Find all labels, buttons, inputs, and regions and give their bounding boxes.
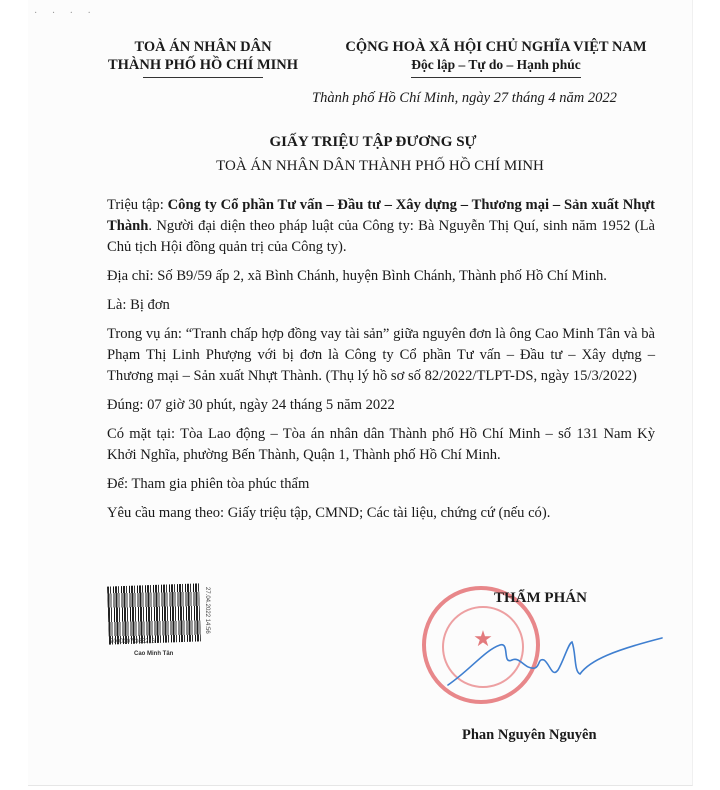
judge-name: Phan Nguyên Nguyên [462,727,597,744]
signature-icon [440,630,670,690]
requirements-paragraph: Yêu cầu mang theo: Giấy triệu tập, CMND;… [107,503,655,524]
summon-paragraph: Triệu tập: Công ty Cổ phần Tư vấn – Đầu … [107,195,655,258]
time-paragraph: Đúng: 07 giờ 30 phút, ngày 24 tháng 5 nă… [107,395,655,416]
court-name-line1: TOÀ ÁN NHÂN DÂN [98,38,308,56]
barcode-icon [107,583,201,644]
role-paragraph: Là: Bị đơn [107,295,655,316]
barcode-name: Cao Minh Tân [134,651,173,657]
barcode-timestamp: 27.04.2022 14:56 [204,587,210,634]
document-issuer: TOÀ ÁN NHÂN DÂN THÀNH PHỐ HỒ CHÍ MINH [0,158,720,175]
case-paragraph: Trong vụ án: “Tranh chấp hợp đồng vay tà… [107,324,655,387]
court-name-line2: THÀNH PHỐ HỒ CHÍ MINH [98,56,308,74]
court-header-underline [143,77,263,78]
location-paragraph: Có mặt tại: Tòa Lao động – Tòa án nhân d… [107,424,655,466]
place-date: Thành phố Hồ Chí Minh, ngày 27 tháng 4 n… [312,90,617,107]
barcode-label: 7000107 365216 Cao Minh Tân 27.04.2022 1… [108,585,218,657]
judge-role: THẨM PHÁN [494,590,587,607]
nation-header-underline [411,77,581,78]
document-title: GIẤY TRIỆU TẬP ĐƯƠNG SỰ [0,134,720,151]
scan-artifact-dots: · · · · [34,8,97,19]
document-body: Triệu tập: Công ty Cổ phần Tư vấn – Đầu … [107,195,655,532]
nation-motto: Độc lập – Tự do – Hạnh phúc [328,56,664,74]
purpose-paragraph: Để: Tham gia phiên tòa phúc thẩm [107,474,655,495]
nation-name: CỘNG HOÀ XÃ HỘI CHỦ NGHĨA VIỆT NAM [328,38,664,56]
court-header: TOÀ ÁN NHÂN DÂN THÀNH PHỐ HỒ CHÍ MINH [98,38,308,78]
nation-header: CỘNG HOÀ XÃ HỘI CHỦ NGHĨA VIỆT NAM Độc l… [328,38,664,78]
address-paragraph: Địa chỉ: Số B9/59 ấp 2, xã Bình Chánh, h… [107,266,655,287]
barcode-number: 7000107 365216 [110,639,155,645]
